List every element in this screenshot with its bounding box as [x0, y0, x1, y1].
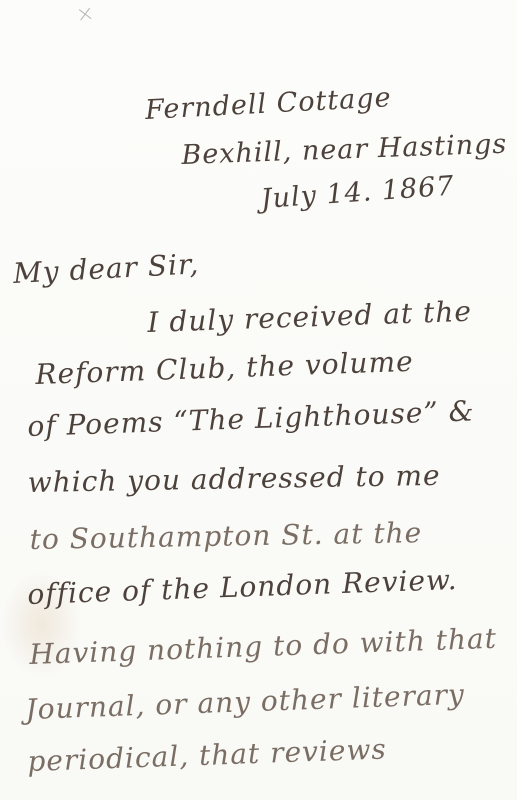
- margin-pencil-mark: ×: [74, 1, 96, 28]
- body-line: which you addressed to me: [27, 459, 440, 499]
- address-line-2: Bexhill, near Hastings: [181, 129, 508, 171]
- body-line: Journal, or any other literary: [25, 678, 465, 726]
- body-line: Having nothing to do with that: [29, 622, 498, 671]
- letter-page: × Ferndell Cottage Bexhill, near Hasting…: [0, 0, 517, 800]
- body-line: to Southampton St. at the: [29, 516, 422, 556]
- body-line: periodical, that reviews: [27, 732, 387, 778]
- body-line: office of the London Review.: [27, 563, 458, 611]
- body-line: of Poems “The Lighthouse” &: [27, 394, 475, 443]
- body-line: I duly received at the: [147, 295, 473, 339]
- address-line-1: Ferndell Cottage: [144, 82, 392, 126]
- letter-date: July 14. 1867: [260, 171, 456, 215]
- body-line: Reform Club, the volume: [35, 345, 414, 391]
- salutation: My dear Sir,: [12, 247, 200, 290]
